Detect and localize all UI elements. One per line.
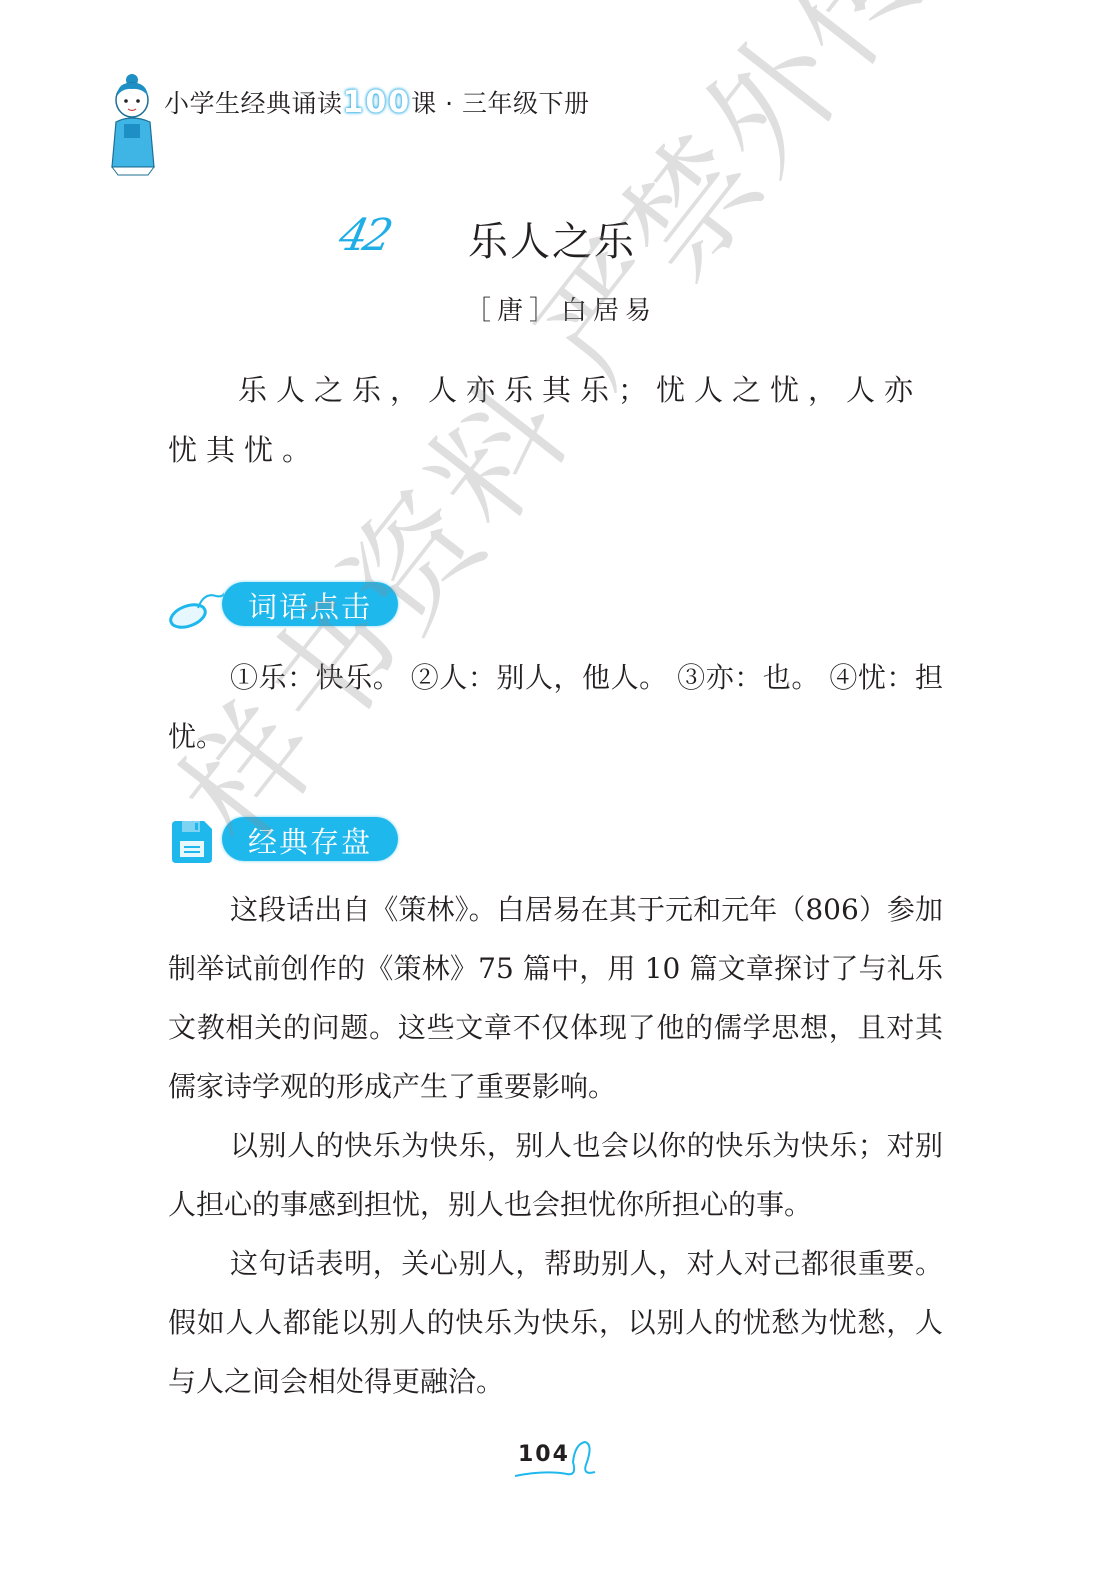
vocab-notes-text: ①乐：快乐。 ②人：别人，他人。 ③亦：也。 ④忧：担忧。 [168,648,943,766]
series-title-suffix: 课 · 三年级下册 [411,89,589,118]
vocab-pill: 词语点击 [222,582,398,626]
page-header: 小学生经典诵读100课 · 三年级下册 [108,72,708,182]
page-number-text: 104 [518,1442,570,1467]
lesson-author: ［唐］白居易 [465,290,657,327]
series-title-highlight: 100 [343,85,412,120]
floppy-disk-icon [168,817,224,865]
analysis-paragraph: 以别人的快乐为快乐，别人也会以你的快乐为快乐；对别人担心的事感到担忧，别人也会担… [168,1116,943,1234]
analysis-paragraph: 这段话出自《策林》。白居易在其于元和元年（806）参加制举试前创作的《策林》75… [168,880,943,1116]
classic-analysis: 这段话出自《策林》。白居易在其于元和元年（806）参加制举试前创作的《策林》75… [168,880,943,1411]
series-title-prefix: 小学生经典诵读 [164,89,343,118]
scholar-boy-mascot-icon [108,72,158,177]
book-series-title: 小学生经典诵读100课 · 三年级下册 [164,84,589,120]
analysis-paragraph: 这句话表明，关心别人，帮助别人，对人对己都很重要。假如人人都能以别人的快乐为快乐… [168,1234,943,1411]
vocab-label: 词语点击 [222,585,398,626]
poem-text: 乐人之乐，人亦乐其乐；忧人之忧，人亦忧其忧。 [168,360,943,480]
lesson-title: 乐人之乐 [468,210,636,267]
lesson-number: 42 [335,210,394,261]
page-number: 104 [515,1440,605,1490]
computer-mouse-icon [168,582,224,630]
classic-pill: 经典存盘 [222,817,398,861]
vocab-notes: ①乐：快乐。 ②人：别人，他人。 ③亦：也。 ④忧：担忧。 [168,648,943,766]
classic-label: 经典存盘 [222,820,398,861]
